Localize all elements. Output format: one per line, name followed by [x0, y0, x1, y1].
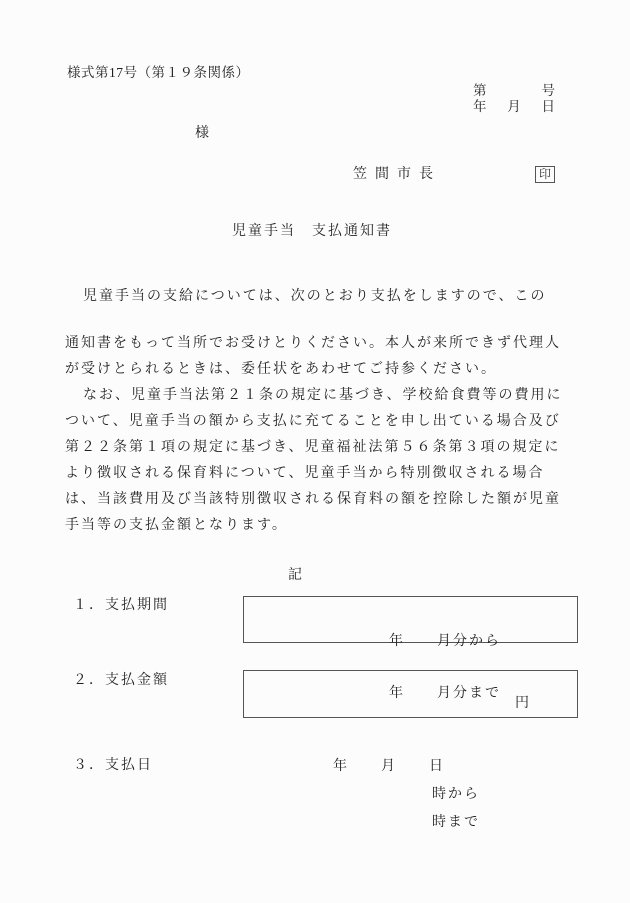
item-1-label: １．支払期間	[73, 598, 169, 613]
item-2-label: ２．支払金額	[73, 673, 169, 688]
body-line-8: は、当該費用及び当該特別徴収される保育料の額を控除した額が児童	[65, 492, 561, 507]
body-line-9: 手当等の支払金額となります。	[65, 518, 288, 533]
yen-unit-label: 円	[515, 696, 529, 712]
payment-amount-box: 円	[243, 670, 578, 718]
doc-number-prefix: 第	[473, 84, 487, 99]
seal-mark: 印	[535, 166, 555, 183]
doc-number-suffix: 号	[542, 84, 556, 99]
body-line-2: 通知書をもって当所でお受けとりください。本人が来所できず代理人	[65, 336, 561, 351]
body-line-4: なお、児童手当法第２１条の規定に基づき、学校給食費等の費用に	[65, 388, 562, 403]
child-allowance-payment-notice-document: 様式第17号（第１９条関係） 第 号 年 月 日 様 笠間市長 印 児童手当 支…	[0, 0, 630, 903]
addressee-honorific: 様	[195, 126, 209, 141]
form-number: 様式第17号（第１９条関係）	[67, 66, 250, 81]
sender-title: 笠間市長	[353, 167, 441, 182]
issue-date-line: 年 月 日	[473, 100, 555, 115]
payment-period-box: 年 月分から 年 月分まで	[243, 596, 578, 643]
body-line-6: 第２２条第１項の規定に基づき、児童福祉法第５６条第３項の規定に	[65, 440, 560, 455]
period-from-line: 年 月分から	[244, 631, 577, 652]
issue-date-year: 年	[473, 100, 487, 115]
issue-date-month: 月	[507, 100, 521, 115]
time-to-label: 時まで	[432, 815, 480, 830]
payment-date-line: 年 月 日	[333, 759, 445, 774]
body-line-3: が受けとられるときは、委任状をあわせてご持参ください。	[65, 362, 497, 377]
item-3-label: ３．支払日	[73, 758, 153, 773]
time-from-label: 時から	[432, 787, 480, 802]
document-title: 児童手当 支払通知書	[232, 224, 392, 239]
body-line-5: ついて、児童手当の額から支払に充てることを申し出ている場合及び	[65, 414, 561, 429]
body-line-7: より徴収される保育料について、児童手当から特別徴収される場合	[65, 466, 544, 481]
body-line-1: 児童手当の支給については、次のとおり支払をしますので、この	[65, 289, 546, 304]
issue-date-day: 日	[542, 100, 556, 115]
ki-heading: 記	[288, 568, 304, 583]
doc-number-line: 第 号	[473, 84, 555, 99]
